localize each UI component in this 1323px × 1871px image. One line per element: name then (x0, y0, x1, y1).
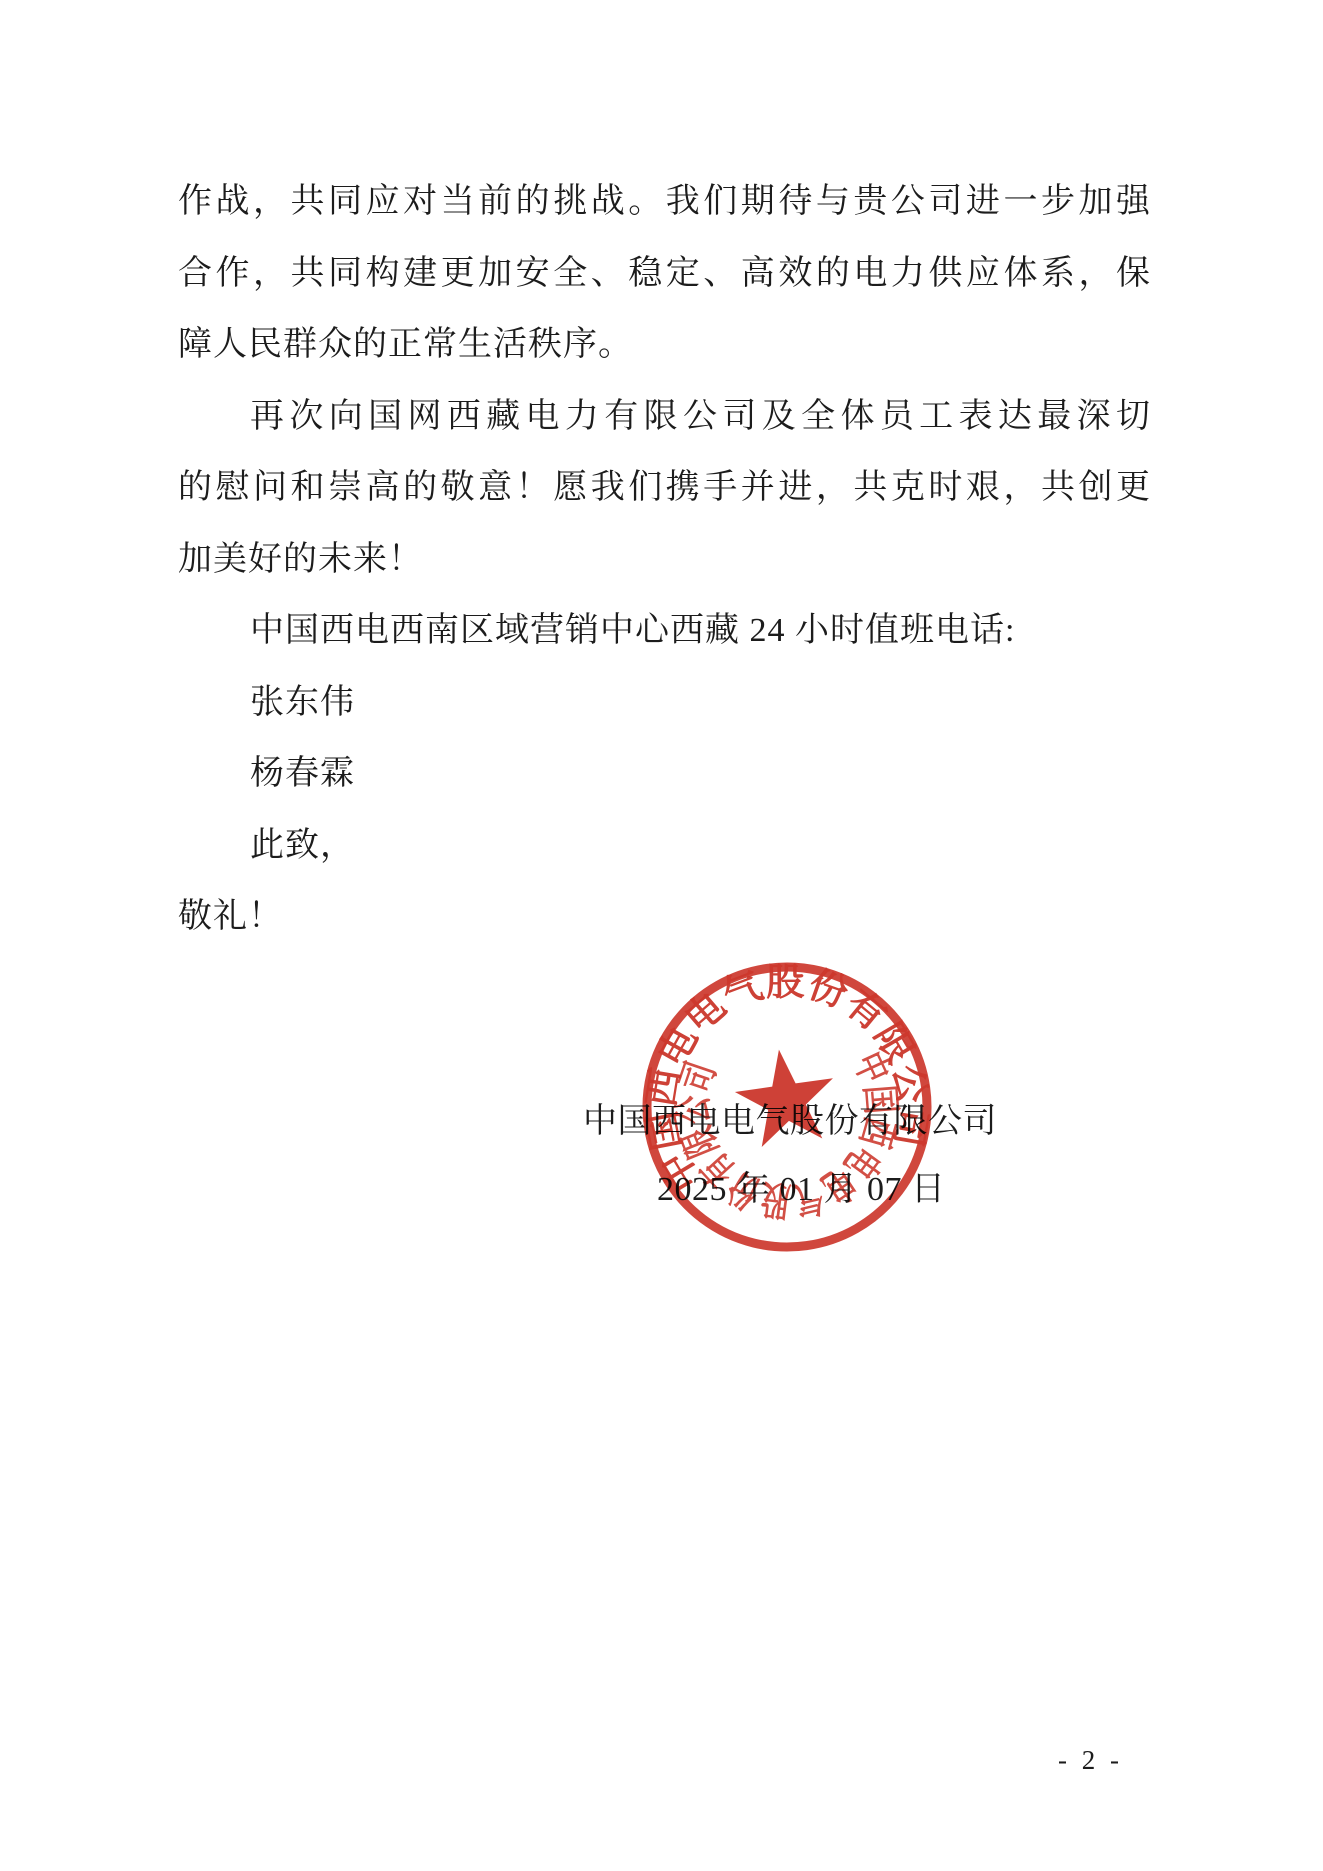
letter-body: 作战，共同应对当前的挑战。我们期待与贵公司进一步加强 合作，共同构建更加安全、稳… (178, 180, 1150, 967)
body-line-hotline: 中国西电西南区域营销中心西藏 24 小时值班电话: (178, 609, 1150, 653)
company-seal-stamp: 中国西电电气股份有限公司 中国西电电气股份有限公司 (615, 935, 959, 1279)
body-line: 作战，共同应对当前的挑战。我们期待与贵公司进一步加强 (178, 180, 1150, 224)
page-number: - 2 - (1058, 1745, 1123, 1776)
letter-page: 作战，共同应对当前的挑战。我们期待与贵公司进一步加强 合作，共同构建更加安全、稳… (0, 0, 1323, 1871)
body-line-contact-name: 杨春霖 (178, 752, 1150, 796)
body-line: 障人民群众的正常生活秩序。 (178, 323, 1150, 367)
body-line-salute: 敬礼！ (178, 895, 1150, 939)
body-line: 的慰问和崇高的敬意！愿我们携手并进，共克时艰，共创更 (178, 466, 1150, 510)
body-line-salute: 此致， (178, 824, 1150, 868)
body-line: 加美好的未来！ (178, 538, 1150, 582)
star-icon (730, 1043, 841, 1150)
body-line: 合作，共同构建更加安全、稳定、高效的电力供应体系，保 (178, 252, 1150, 296)
body-line-contact-name: 张东伟 (178, 681, 1150, 725)
body-line: 再次向国网西藏电力有限公司及全体员工表达最深切 (178, 395, 1150, 439)
